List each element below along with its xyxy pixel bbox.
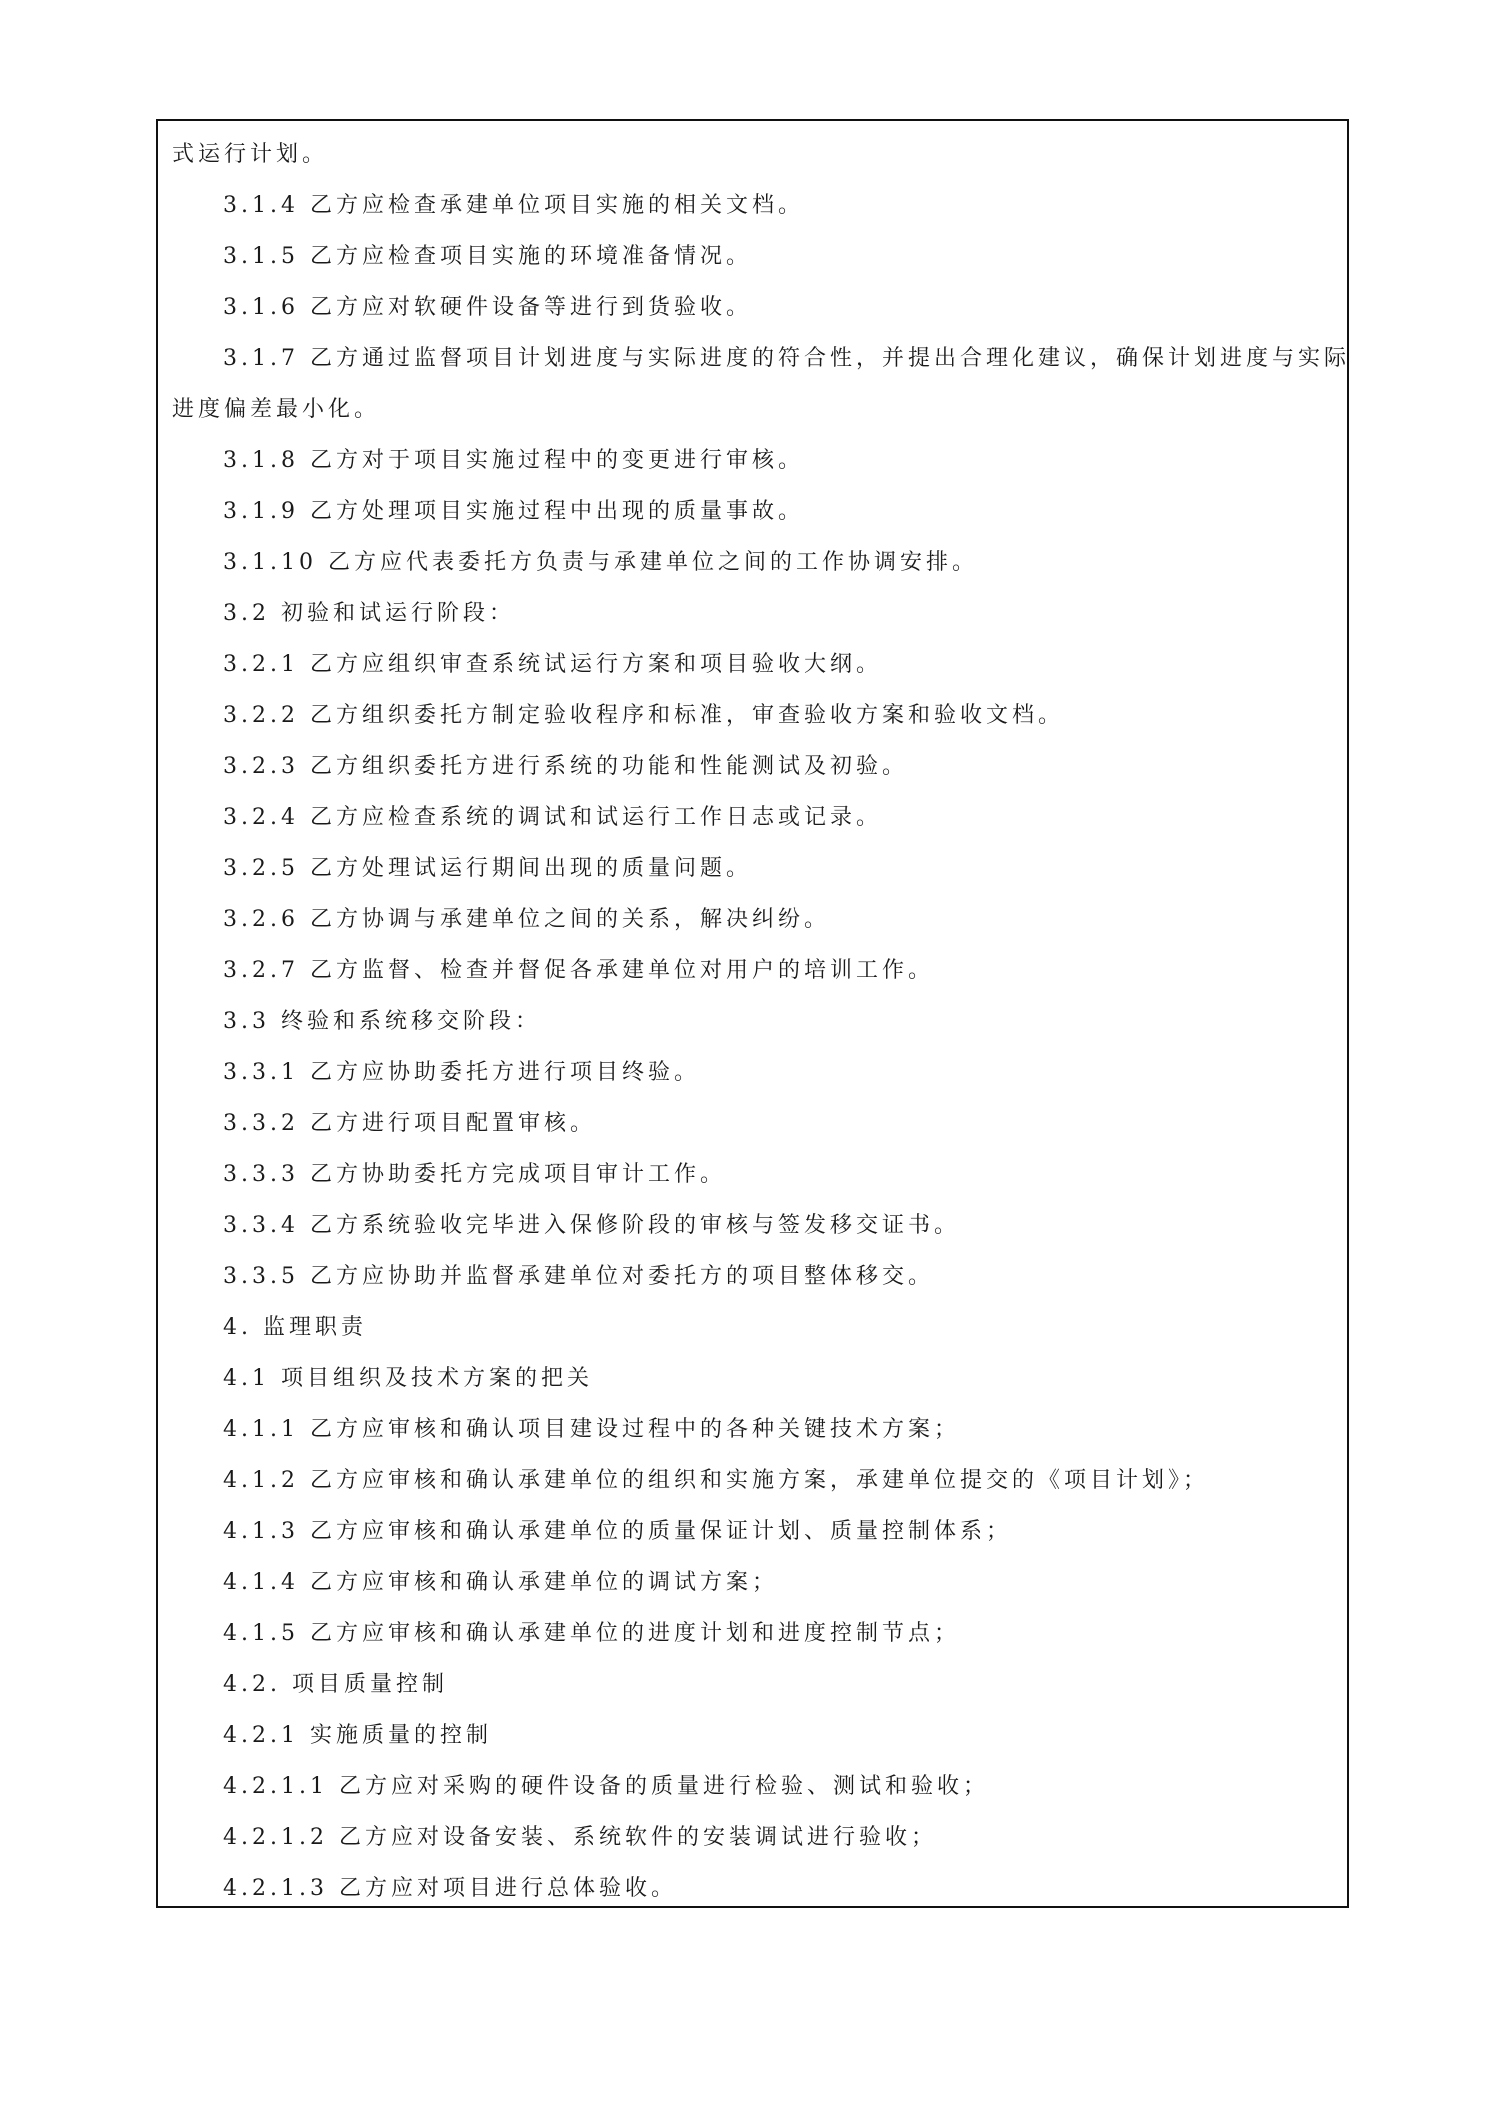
document-line: 3.3.5 乙方应协助并监督承建单位对委托方的项目整体移交。 (158, 1251, 1347, 1302)
document-line: 4.2. 项目质量控制 (158, 1659, 1347, 1710)
document-line: 3.2.1 乙方应组织审查系统试运行方案和项目验收大纲。 (158, 639, 1347, 690)
document-line: 4.1.5 乙方应审核和确认承建单位的进度计划和进度控制节点； (158, 1608, 1347, 1659)
document-line: 3.2.2 乙方组织委托方制定验收程序和标准，审查验收方案和验收文档。 (158, 690, 1347, 741)
document-line: 4. 监理职责 (158, 1302, 1347, 1353)
document-line: 式运行计划。 (158, 129, 1347, 180)
document-line: 4.1.3 乙方应审核和确认承建单位的质量保证计划、质量控制体系； (158, 1506, 1347, 1557)
document-line: 3.1.9 乙方处理项目实施过程中出现的质量事故。 (158, 486, 1347, 537)
document-line: 3.2.6 乙方协调与承建单位之间的关系，解决纠纷。 (158, 894, 1347, 945)
document-line: 3.3.2 乙方进行项目配置审核。 (158, 1098, 1347, 1149)
document-line: 3.2 初验和试运行阶段： (158, 588, 1347, 639)
document-line: 进度偏差最小化。 (158, 384, 1347, 435)
document-line: 3.1.8 乙方对于项目实施过程中的变更进行审核。 (158, 435, 1347, 486)
document-line: 3.2.4 乙方应检查系统的调试和试运行工作日志或记录。 (158, 792, 1347, 843)
document-line: 3.1.10 乙方应代表委托方负责与承建单位之间的工作协调安排。 (158, 537, 1347, 588)
document-line: 4.1 项目组织及技术方案的把关 (158, 1353, 1347, 1404)
document-line: 3.3 终验和系统移交阶段： (158, 996, 1347, 1047)
document-line: 3.1.5 乙方应检查项目实施的环境准备情况。 (158, 231, 1347, 282)
document-line: 4.1.2 乙方应审核和确认承建单位的组织和实施方案，承建单位提交的《项目计划》… (158, 1455, 1347, 1506)
document-line: 4.1.4 乙方应审核和确认承建单位的调试方案； (158, 1557, 1347, 1608)
document-line: 4.2.1 实施质量的控制 (158, 1710, 1347, 1761)
document-line: 3.2.5 乙方处理试运行期间出现的质量问题。 (158, 843, 1347, 894)
document-line: 4.1.1 乙方应审核和确认项目建设过程中的各种关键技术方案； (158, 1404, 1347, 1455)
document-line: 3.3.3 乙方协助委托方完成项目审计工作。 (158, 1149, 1347, 1200)
document-line: 3.1.7 乙方通过监督项目计划进度与实际进度的符合性，并提出合理化建议，确保计… (158, 333, 1347, 384)
document-line: 3.3.1 乙方应协助委托方进行项目终验。 (158, 1047, 1347, 1098)
document-line: 3.3.4 乙方系统验收完毕进入保修阶段的审核与签发移交证书。 (158, 1200, 1347, 1251)
document-line: 4.2.1.1 乙方应对采购的硬件设备的质量进行检验、测试和验收； (158, 1761, 1347, 1812)
document-line: 3.2.7 乙方监督、检查并督促各承建单位对用户的培训工作。 (158, 945, 1347, 996)
document-line: 4.2.1.3 乙方应对项目进行总体验收。 (158, 1863, 1347, 1914)
document-line: 3.2.3 乙方组织委托方进行系统的功能和性能测试及初验。 (158, 741, 1347, 792)
document-line: 3.1.4 乙方应检查承建单位项目实施的相关文档。 (158, 180, 1347, 231)
document-body: 式运行计划。3.1.4 乙方应检查承建单位项目实施的相关文档。3.1.5 乙方应… (158, 121, 1347, 1914)
document-line: 3.1.6 乙方应对软硬件设备等进行到货验收。 (158, 282, 1347, 333)
document-line: 4.2.1.2 乙方应对设备安装、系统软件的安装调试进行验收； (158, 1812, 1347, 1863)
document-table-cell: 式运行计划。3.1.4 乙方应检查承建单位项目实施的相关文档。3.1.5 乙方应… (156, 119, 1349, 1908)
